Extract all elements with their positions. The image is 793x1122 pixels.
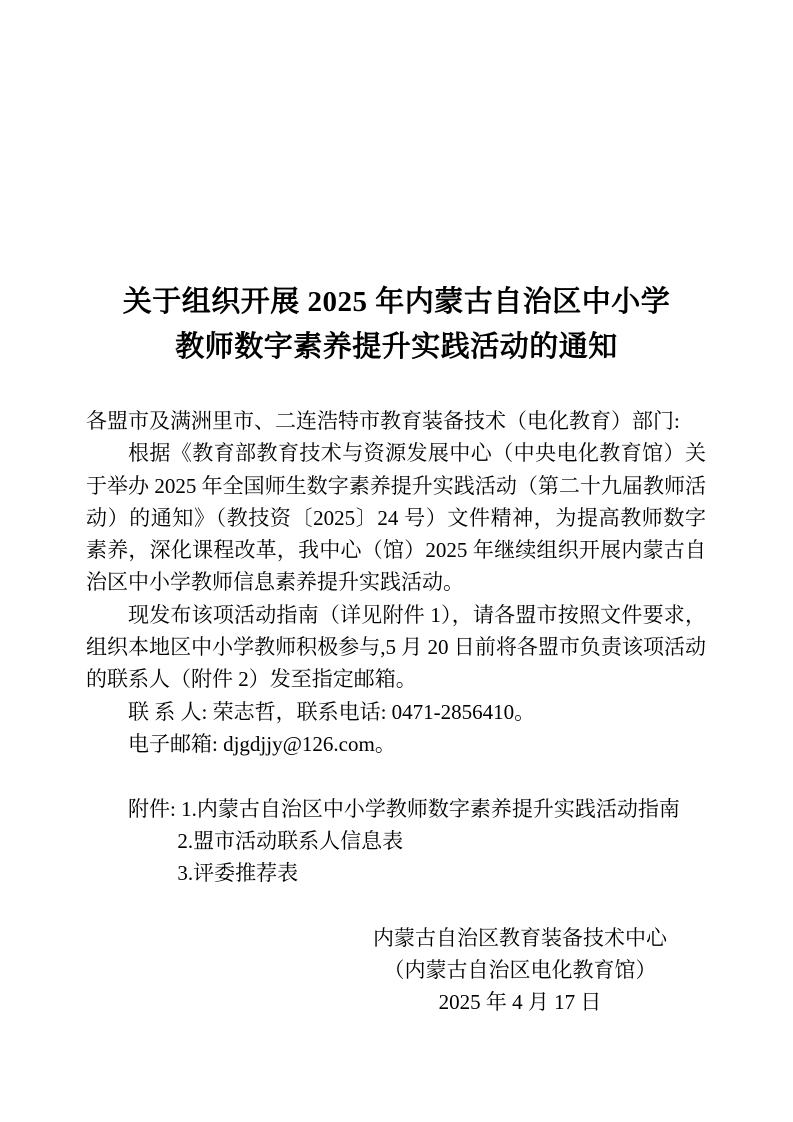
signature-date: 2025 年 4 月 17 日	[373, 986, 667, 1018]
paragraph-requirements: 现发布该项活动指南（详见附件 1），请各盟市按照文件要求，组织本地区中小学教师积…	[86, 599, 706, 696]
signature-org-name: 内蒙古自治区教育装备技术中心	[373, 922, 667, 954]
signature-org-alt-name: （内蒙古自治区电化教育馆）	[373, 954, 667, 986]
document-page: 关于组织开展 2025 年内蒙古自治区中小学 教师数字素养提升实践活动的通知 各…	[0, 0, 793, 1122]
attachment-item-2: 2.盟市活动联系人信息表	[86, 825, 706, 857]
title-line-2: 教师数字素养提升实践活动的通知	[175, 331, 618, 363]
attachment-item-3: 3.评委推荐表	[86, 857, 706, 889]
contact-line: 联 系 人: 荣志哲，联系电话: 0471-2856410。	[86, 696, 706, 728]
attachments-label: 附件:	[128, 797, 181, 821]
title-line-1: 关于组织开展 2025 年内蒙古自治区中小学	[123, 286, 671, 318]
attachment-item-1: 1.内蒙古自治区中小学教师数字素养提升实践活动指南	[181, 797, 680, 821]
attachments-block: 附件: 1.内蒙古自治区中小学教师数字素养提升实践活动指南 2.盟市活动联系人信…	[86, 793, 706, 890]
attachment-line-1: 附件: 1.内蒙古自治区中小学教师数字素养提升实践活动指南	[86, 793, 706, 825]
greeting-line: 各盟市及满洲里市、二连浩特市教育装备技术（电化教育）部门:	[86, 405, 706, 437]
email-line: 电子邮箱: djgdjjy@126.com。	[86, 728, 706, 760]
document-body: 各盟市及满洲里市、二连浩特市教育装备技术（电化教育）部门: 根据《教育部教育技术…	[86, 405, 706, 1019]
paragraph-basis: 根据《教育部教育技术与资源发展中心（中央电化教育馆）关于举办 2025 年全国师…	[86, 437, 706, 598]
document-title: 关于组织开展 2025 年内蒙古自治区中小学 教师数字素养提升实践活动的通知	[0, 0, 793, 370]
signature-block: 内蒙古自治区教育装备技术中心 （内蒙古自治区电化教育馆） 2025 年 4 月 …	[373, 922, 667, 1019]
